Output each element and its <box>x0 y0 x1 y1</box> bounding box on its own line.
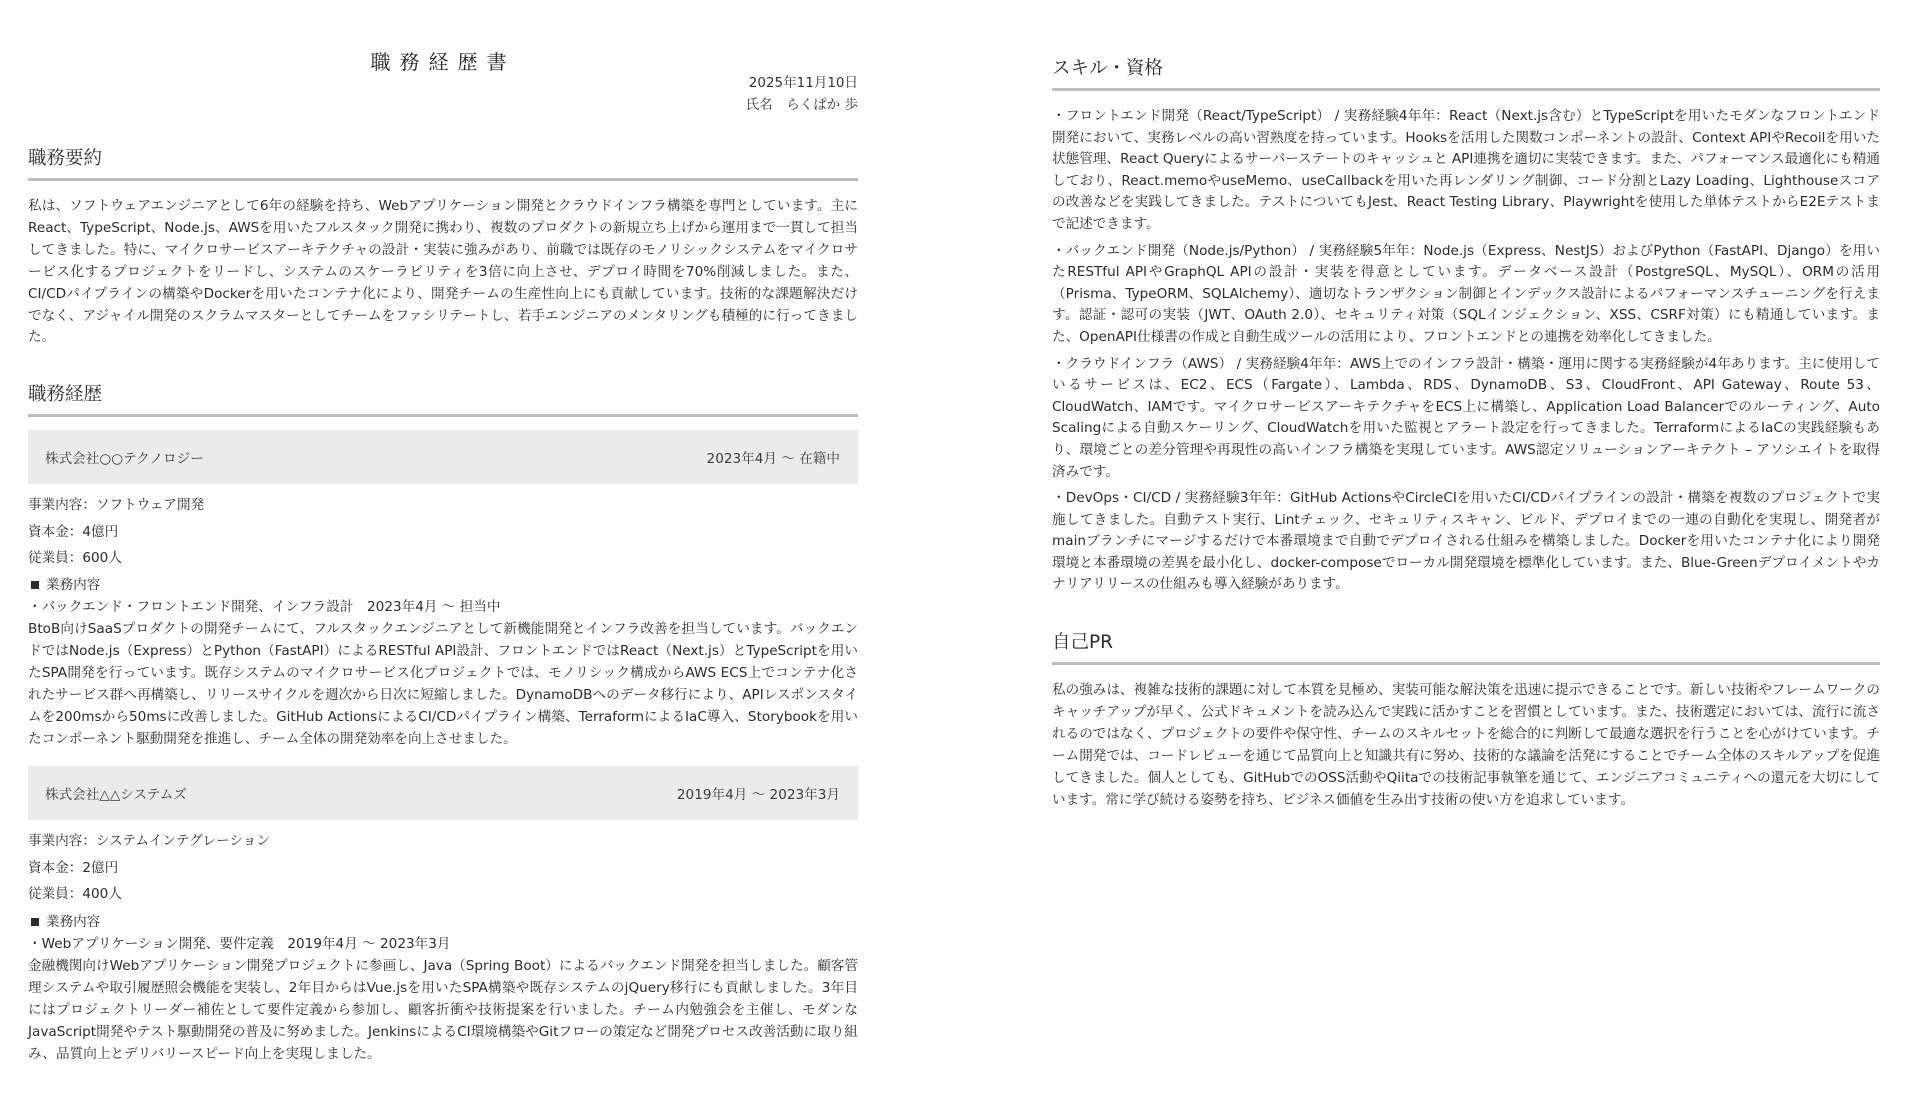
company-period: 2019年4月 〜 2023年3月 <box>677 783 840 803</box>
duty-description: BtoB向けSaaSプロダクトの開発チームにて、フルスタックエンジニアとして新機… <box>28 618 858 750</box>
skill-item-devops: ・DevOps・CI/CD / 実務経験3年年：GitHub ActionsやC… <box>1052 488 1880 596</box>
role-line: ・Webアプリケーション開発、要件定義 2019年4月 〜 2023年3月 <box>28 933 858 955</box>
square-bullet-icon <box>31 918 39 926</box>
section-heading-self-pr: 自己PR <box>1052 630 1880 665</box>
section-heading-career: 職務経歴 <box>28 382 858 417</box>
company-name: 株式会社○○テクノロジー <box>45 447 204 467</box>
skill-item-frontend: ・フロントエンド開発（React/TypeScript） / 実務経験4年年：R… <box>1052 106 1880 236</box>
company-employees: 従業員：400人 <box>28 881 858 908</box>
document-title: 職務経歴書 <box>28 46 858 75</box>
company-period: 2023年4月 〜 在籍中 <box>707 447 840 467</box>
company-info: 事業内容：ソフトウェア開発 資本金：4億円 従業員：600人 <box>28 492 858 572</box>
company-duties: 業務内容 ・バックエンド・フロントエンド開発、インフラ設計 2023年4月 〜 … <box>28 574 858 750</box>
company-employees: 従業員：600人 <box>28 545 858 572</box>
company-business: 事業内容：ソフトウェア開発 <box>28 492 858 519</box>
company-name: 株式会社△△システムズ <box>45 783 187 803</box>
role-line: ・バックエンド・フロントエンド開発、インフラ設計 2023年4月 〜 担当中 <box>28 596 858 618</box>
duty-heading: 業務内容 <box>28 574 858 596</box>
self-pr-text: 私の強みは、複雑な技術的課題に対して本質を見極め、実装可能な解決策を迅速に提示で… <box>1052 680 1880 811</box>
company-duties: 業務内容 ・Webアプリケーション開発、要件定義 2019年4月 〜 2023年… <box>28 911 858 1065</box>
duty-label: 業務内容 <box>46 574 100 596</box>
duty-heading: 業務内容 <box>28 911 858 933</box>
summary-text: 私は、ソフトウェアエンジニアとして6年の経験を持ち、Webアプリケーション開発と… <box>28 196 858 349</box>
duty-description: 金融機関向けWebアプリケーション開発プロジェクトに参画し、Java（Sprin… <box>28 955 858 1065</box>
section-heading-summary: 職務要約 <box>28 146 858 181</box>
company-header: 株式会社○○テクノロジー 2023年4月 〜 在籍中 <box>28 430 858 484</box>
document-meta: 2025年11月10日 氏名 らくぱか 歩 <box>746 72 858 116</box>
applicant-name: 氏名 らくぱか 歩 <box>746 94 858 116</box>
company-capital: 資本金：2億円 <box>28 855 858 882</box>
skills-list: ・フロントエンド開発（React/TypeScript） / 実務経験4年年：R… <box>1052 106 1880 601</box>
skill-item-cloud: ・クラウドインフラ（AWS） / 実務経験4年年：AWS上でのインフラ設計・構築… <box>1052 354 1880 484</box>
company-capital: 資本金：4億円 <box>28 519 858 546</box>
document-date: 2025年11月10日 <box>746 72 858 94</box>
section-heading-skills: スキル・資格 <box>1052 56 1880 91</box>
skill-item-backend: ・バックエンド開発（Node.js/Python） / 実務経験5年年：Node… <box>1052 241 1880 349</box>
company-info: 事業内容：システムインテグレーション 資本金：2億円 従業員：400人 <box>28 828 858 908</box>
company-business: 事業内容：システムインテグレーション <box>28 828 858 855</box>
company-header: 株式会社△△システムズ 2019年4月 〜 2023年3月 <box>28 766 858 820</box>
duty-label: 業務内容 <box>46 911 100 933</box>
square-bullet-icon <box>31 581 39 589</box>
